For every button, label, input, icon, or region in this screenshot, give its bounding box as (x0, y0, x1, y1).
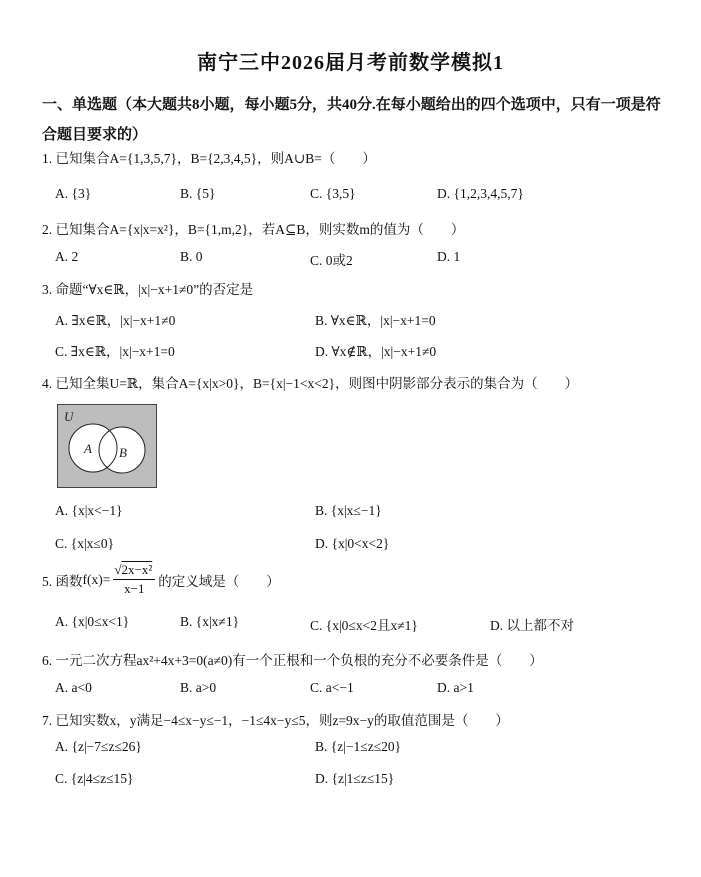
q5-option-b: B. {x|x≠1} (180, 614, 310, 630)
q4-option-b: B. {x|x≤−1} (315, 503, 382, 519)
q7-option-b: B. {z|−1≤z≤20} (315, 739, 401, 755)
q2-option-c: C. 0或2 (310, 249, 437, 269)
q6-option-c: C. a<−1 (310, 680, 437, 696)
venn-set-a-label: A (83, 441, 92, 456)
page-title: 南宁三中2026届月考前数学模拟1 (0, 46, 701, 75)
q5-option-a: A. {x|0≤x<1} (55, 614, 180, 630)
q2-option-a: A. 2 (55, 249, 180, 265)
venn-diagram: U A B (57, 404, 157, 488)
q4-option-c: C. {x|x≤0} (55, 536, 315, 552)
q1-option-c: C. {3,5} (310, 186, 437, 202)
question-5-options: A. {x|0≤x<1}B. {x|x≠1}C. {x|0≤x<2且x≠1}D.… (55, 614, 574, 634)
q6-option-d: D. a>1 (437, 680, 474, 696)
question-1-options: A. {3}B. {5}C. {3,5}D. {1,2,3,4,5,7} (55, 186, 524, 202)
radical-sign: √ (114, 562, 121, 577)
question-4-stem: 4. 已知全集U=ℝ，集合A={x|x>0}，B={x|−1<x<2}，则图中阴… (42, 372, 578, 392)
q3-option-d: D. ∀x∉ℝ，|x|−x+1≠0 (315, 340, 436, 360)
section-heading: 一、单选题（本大题共8小题，每小题5分，共40分.在每小题给出的四个选项中，只有… (42, 90, 670, 150)
q5-radicand: 2x−x² (122, 562, 153, 577)
question-6-stem: 6. 一元二次方程ax²+4x+3=0(a≠0)有一个正根和一个负根的充分不必要… (42, 649, 543, 669)
q7-option-c: C. {z|4≤z≤15} (55, 771, 315, 787)
question-6-options: A. a<0B. a>0C. a<−1D. a>1 (55, 680, 474, 696)
q5-formula-lhs: f(x)= (83, 572, 111, 588)
q3-option-c: C. ∃x∈ℝ，|x|−x+1=0 (55, 340, 315, 360)
question-7-options-row-2: C. {z|4≤z≤15}D. {z|1≤z≤15} (55, 771, 394, 787)
q1-option-d: D. {1,2,3,4,5,7} (437, 186, 524, 202)
q4-option-d: D. {x|0<x<2} (315, 536, 389, 552)
question-3-options-row-2: C. ∃x∈ℝ，|x|−x+1=0D. ∀x∉ℝ，|x|−x+1≠0 (55, 340, 436, 360)
question-3-options-row-1: A. ∃x∈ℝ，|x|−x+1≠0B. ∀x∈ℝ，|x|−x+1=0 (55, 309, 436, 329)
q3-option-b: B. ∀x∈ℝ，|x|−x+1=0 (315, 309, 436, 329)
question-7-options-row-1: A. {z|−7≤z≤26}B. {z|−1≤z≤20} (55, 739, 401, 755)
q6-option-a: A. a<0 (55, 680, 180, 696)
exam-page: 南宁三中2026届月考前数学模拟1 一、单选题（本大题共8小题，每小题5分，共4… (0, 0, 701, 877)
q2-option-b: B. 0 (180, 249, 310, 265)
question-4-options-row-2: C. {x|x≤0}D. {x|0<x<2} (55, 536, 389, 552)
question-3-stem: 3. 命题“∀x∈ℝ，|x|−x+1≠0”的否定是 (42, 278, 253, 298)
q5-fraction-denominator: x−1 (124, 580, 144, 597)
question-2-stem: 2. 已知集合A={x|x=x²}，B={1,m,2}，若A⊆B，则实数m的值为… (42, 218, 464, 238)
question-1-stem: 1. 已知集合A={1,3,5,7}，B={2,3,4,5}，则A∪B=（ ） (42, 147, 376, 167)
q5-fraction-numerator: √2x−x² (113, 562, 155, 580)
q5-stem-suffix: 的定义域是（ ） (158, 570, 280, 590)
q4-option-a: A. {x|x<−1} (55, 503, 315, 519)
q5-fraction: √2x−x² x−1 (113, 562, 155, 598)
q7-option-d: D. {z|1≤z≤15} (315, 771, 394, 787)
q5-option-c: C. {x|0≤x<2且x≠1} (310, 614, 490, 634)
q5-stem-prefix: 5. 函数 (42, 570, 83, 590)
question-2-options: A. 2B. 0C. 0或2D. 1 (55, 249, 460, 269)
q3-option-a: A. ∃x∈ℝ，|x|−x+1≠0 (55, 309, 315, 329)
q7-option-a: A. {z|−7≤z≤26} (55, 739, 315, 755)
venn-set-b-label: B (119, 445, 127, 460)
q5-option-d: D. 以上都不对 (490, 614, 574, 634)
q6-option-b: B. a>0 (180, 680, 310, 696)
q1-option-a: A. {3} (55, 186, 180, 202)
q1-option-b: B. {5} (180, 186, 310, 202)
q2-option-d: D. 1 (437, 249, 460, 265)
question-4-options-row-1: A. {x|x<−1}B. {x|x≤−1} (55, 503, 382, 519)
question-5-stem: 5. 函数 f(x)= √2x−x² x−1 的定义域是（ ） (42, 562, 280, 598)
venn-universe-label: U (64, 409, 75, 424)
question-7-stem: 7. 已知实数x，y满足−4≤x−y≤−1，−1≤4x−y≤5，则z=9x−y的… (42, 709, 509, 729)
